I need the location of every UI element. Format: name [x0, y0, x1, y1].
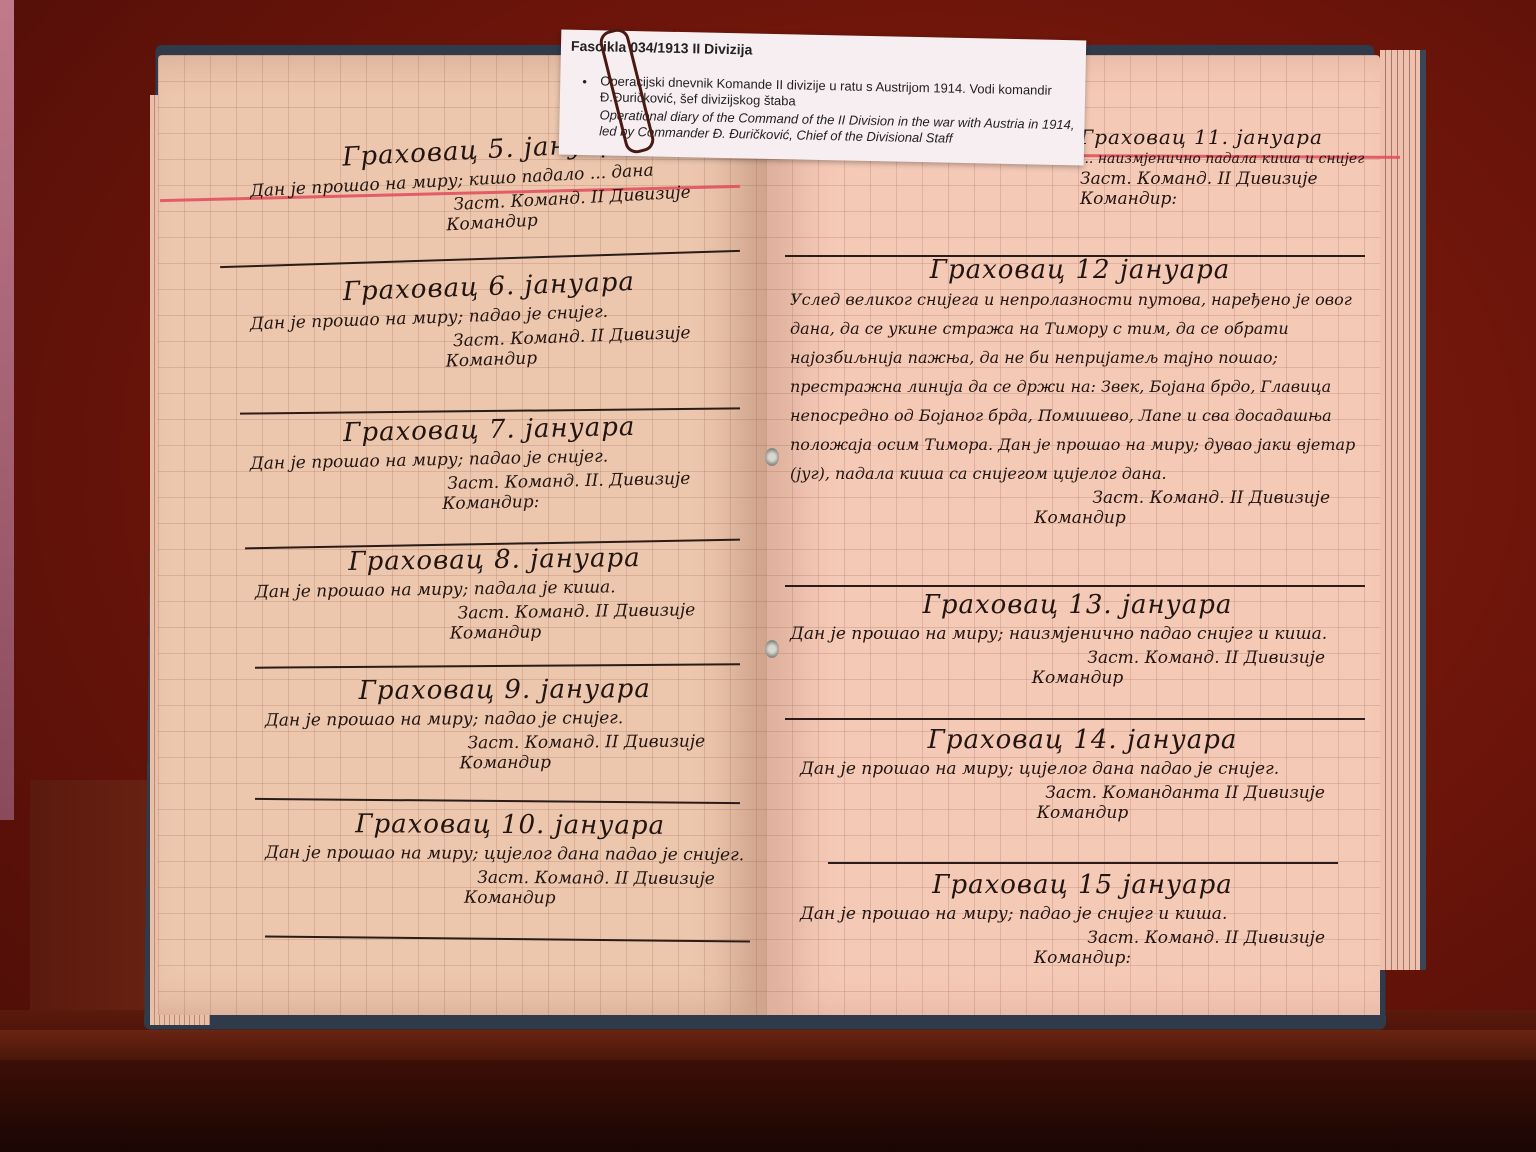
entry-signature-rank: Командир: [790, 668, 1365, 688]
entry-date: Граховац 9. јануара: [265, 673, 745, 706]
diary-entry: Граховац 9. јануара Дан је прошао на мир…: [265, 673, 746, 774]
stand-ledge: [0, 1030, 1536, 1060]
entry-body: Дан је прошао на миру; цијелог дана пада…: [800, 755, 1365, 783]
binding-grommet-top: [765, 448, 779, 466]
diary-entry: Граховац 14. јануара Дан је прошао на ми…: [800, 725, 1365, 823]
entry-signature-rank: Командир: [800, 803, 1365, 823]
entry-signature-rank: Командир: [265, 887, 755, 910]
entry-signature-title: Заст. Команд. II Дивизије: [800, 928, 1365, 948]
entry-body: Дан је прошао на миру; падао је снијег и…: [800, 900, 1365, 928]
bullet-icon: •: [582, 74, 587, 89]
wall-edge: [0, 0, 14, 820]
entry-body: Дан је прошао на миру; падао је снијег.: [265, 703, 745, 734]
entry-signature-title: Заст. Команд. II Дивизије: [790, 488, 1370, 508]
entry-divider: [785, 718, 1365, 720]
entry-signature-rank: Командир:: [1080, 189, 1370, 209]
binding-grommet-bottom: [765, 640, 779, 658]
diary-entry: Граховац 11. јануара ... наизмјенично па…: [1080, 125, 1370, 209]
entry-date: Граховац 13. јануара: [790, 590, 1365, 620]
entry-body: Услед великог снијега и непролазности пу…: [790, 285, 1370, 488]
diary-entry: Граховац 8. јануара Дан је прошао на мир…: [254, 542, 735, 647]
entry-date: Граховац 11. јануара: [1080, 125, 1370, 149]
entry-signature-title: Заст. Команданта II Дивизије: [800, 783, 1365, 803]
entry-signature-title: Заст. Команд. II Дивизије: [790, 648, 1365, 668]
entry-date: Граховац 12 јануара: [790, 255, 1370, 285]
entry-divider: [785, 585, 1365, 587]
entry-date: Граховац 15 јануара: [800, 870, 1365, 900]
entry-signature-title: Заст. Команд. II Дивизије: [265, 731, 745, 754]
entry-signature-rank: Командир: [265, 751, 745, 774]
diary-entry: Граховац 15 јануара Дан је прошао на мир…: [800, 870, 1365, 968]
entry-body: Дан је прошао на миру; наизмјенично пада…: [790, 620, 1365, 648]
diary-entry: Граховац 7. јануара Дан је прошао на мир…: [249, 410, 731, 518]
diary-entry: Граховац 10. јануара Дан је прошао на ми…: [265, 809, 756, 910]
entry-signature-rank: Командир: [790, 508, 1370, 528]
entry-date: Граховац 14. јануара: [800, 725, 1365, 755]
right-page-stack: [1380, 50, 1426, 970]
entry-date: Граховац 10. јануара: [265, 809, 755, 842]
entry-body: Дан је прошао на миру; цијелог дана пада…: [265, 839, 755, 870]
diary-entry: Граховац 13. јануара Дан је прошао на ми…: [790, 590, 1365, 688]
label-title: Fascikla 034/1913 II Divizija: [571, 38, 753, 58]
entry-divider: [828, 862, 1338, 864]
entry-signature-title: Заст. Команд. II Дивизије: [1080, 169, 1370, 189]
diary-entry: Граховац 12 јануара Услед великог снијег…: [790, 255, 1370, 528]
diary-entry: Граховац 6. јануара Дан је прошао на мир…: [248, 264, 731, 379]
entry-body: ... наизмјенично падала киша и снијег: [1080, 149, 1370, 169]
entry-signature-title: Заст. Команд. II Дивизије: [265, 867, 755, 890]
entry-signature-rank: Командир:: [800, 948, 1365, 968]
